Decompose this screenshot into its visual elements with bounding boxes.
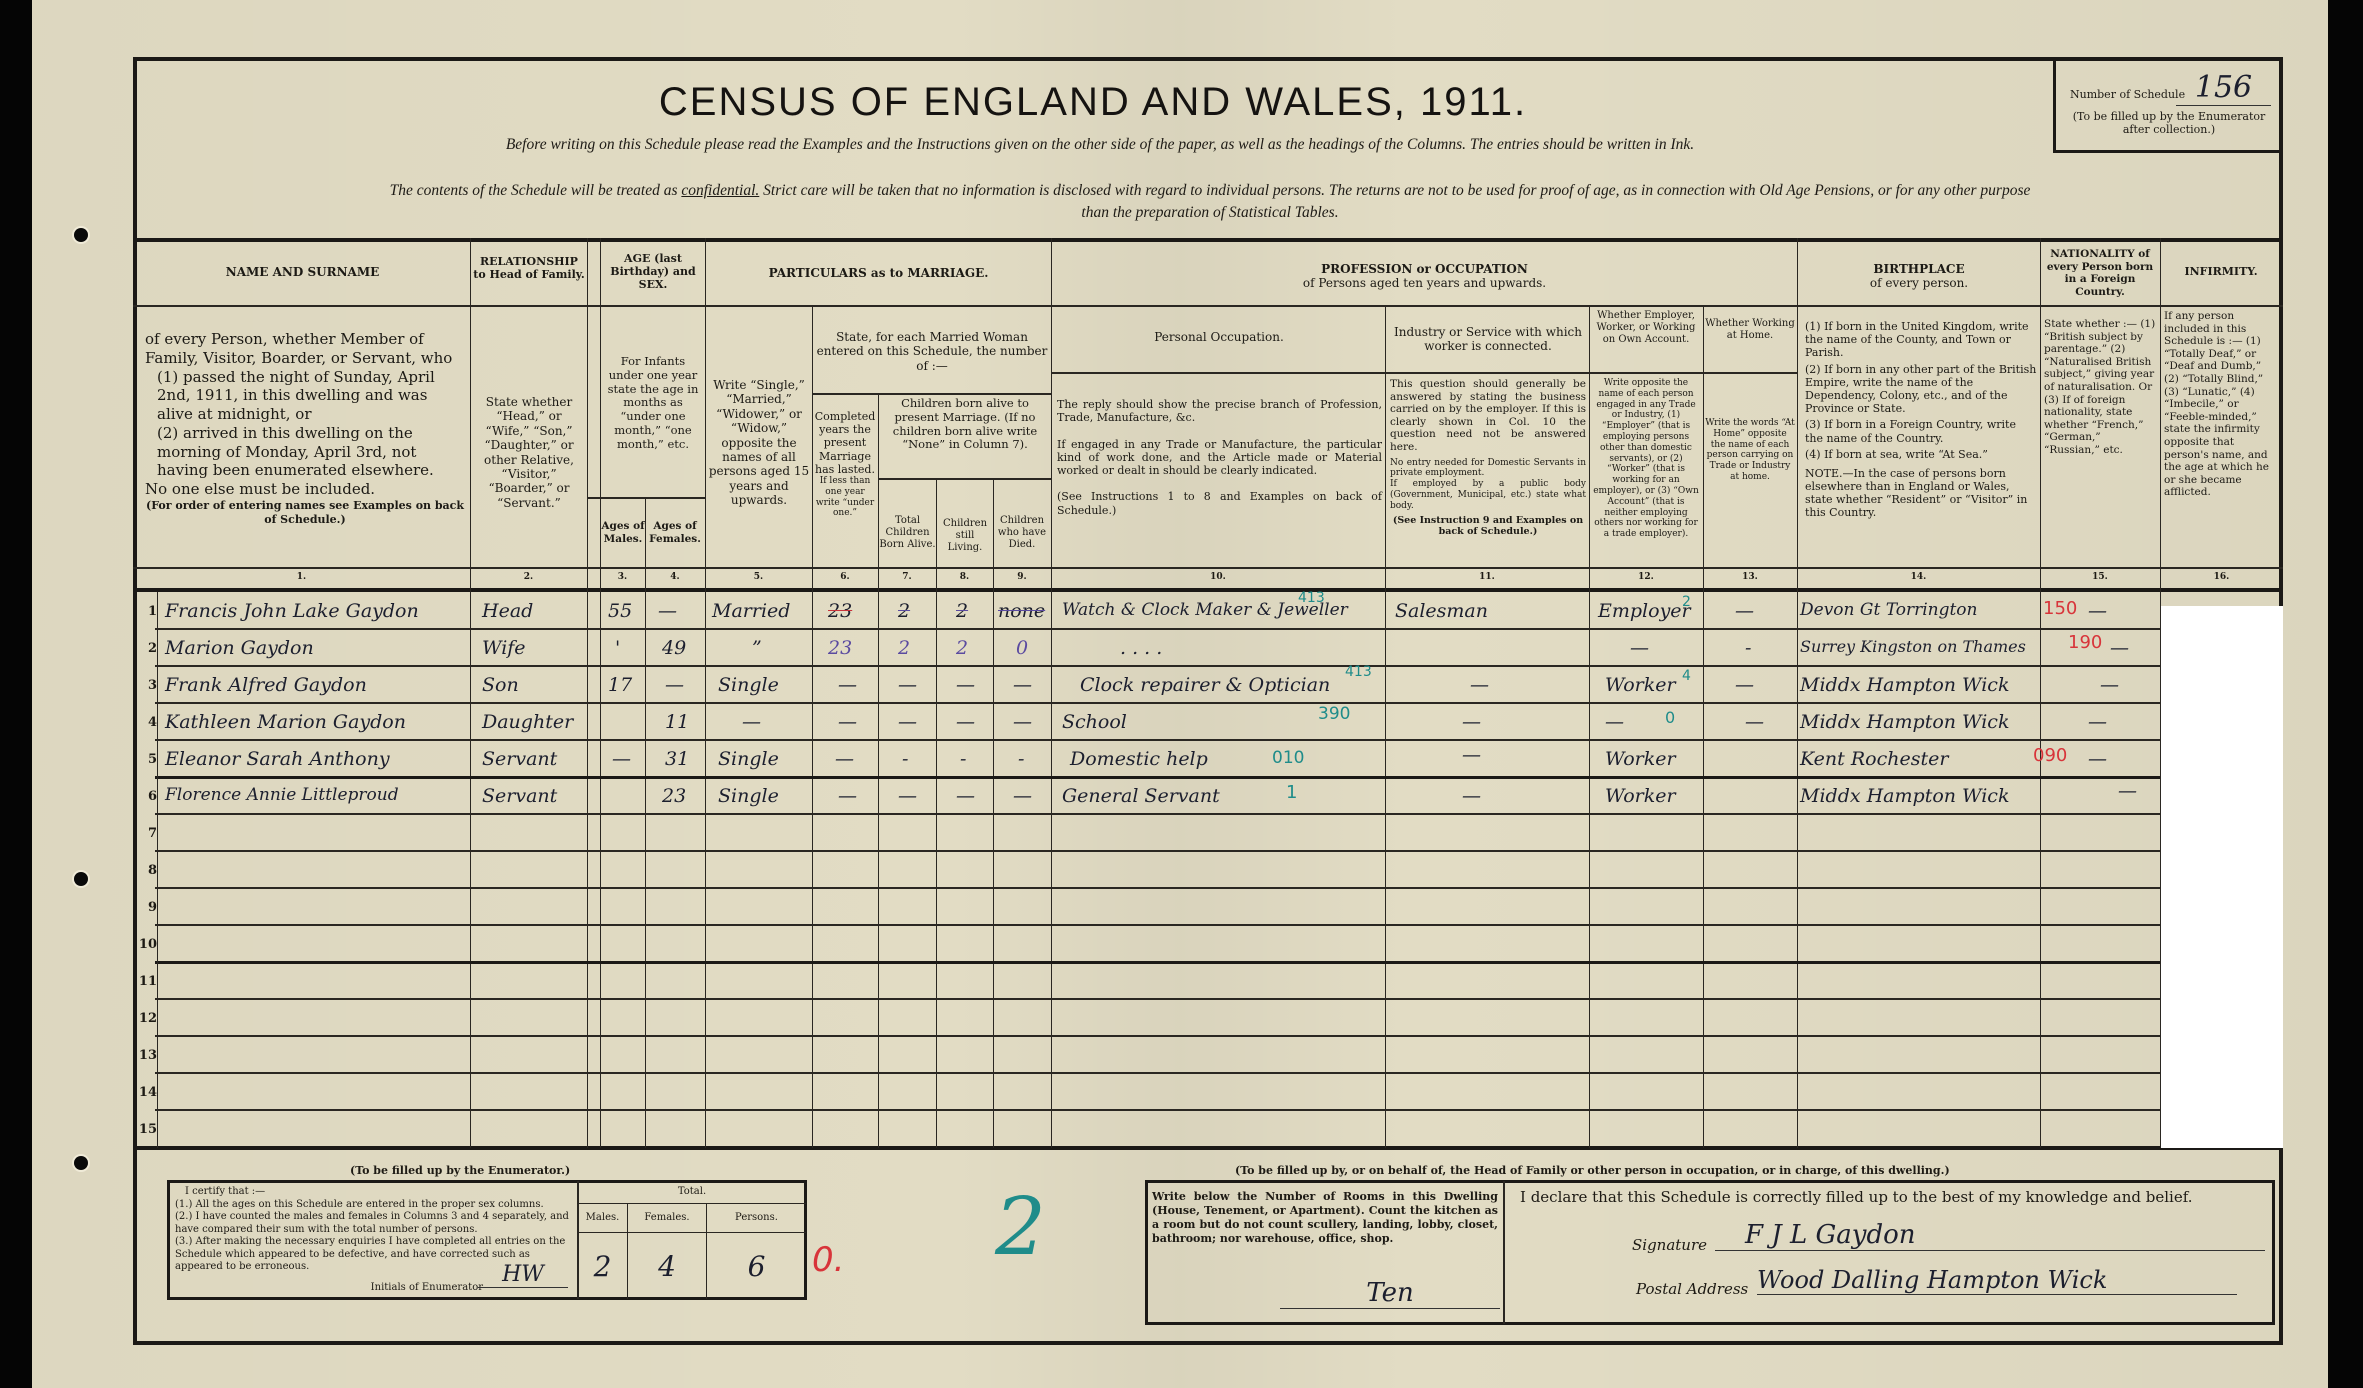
row-rule — [155, 739, 2160, 741]
header-relationship-body: State whether “Head,” or “Wife,” “Son,” … — [474, 395, 584, 510]
rooms-value[interactable]: Ten — [1280, 1278, 1500, 1309]
row-rule — [155, 702, 2160, 704]
header-nationality-body: State whether :— (1) “British subject by… — [2044, 318, 2156, 457]
females-total[interactable]: 4 — [628, 1250, 706, 1283]
header-industry-body: This question should generally be answer… — [1390, 378, 1586, 537]
confidential-prefix: The contents of the Schedule will be tre… — [390, 182, 678, 199]
cell-years[interactable]: — — [838, 711, 857, 733]
certify-item2: (2.) I have counted the males and female… — [175, 1211, 573, 1236]
cell-total[interactable]: — — [898, 711, 917, 733]
cell-total[interactable]: 2 — [898, 600, 910, 622]
row-number: 8 — [137, 863, 157, 878]
children-sub-rule — [878, 478, 1051, 480]
years-text: Completed years the present Marriage has… — [813, 410, 877, 476]
row-rule — [155, 850, 2160, 852]
instruction-line: Before writing on this Schedule please r… — [150, 136, 2050, 154]
confidential-rest: Strict care will be taken that no inform… — [763, 182, 2030, 199]
row-number: 12 — [137, 1011, 157, 1026]
years-note: If less than one year write “under one.” — [813, 476, 877, 519]
cell-relationship[interactable]: Servant — [482, 748, 557, 770]
cell-name[interactable]: Francis John Lake Gaydon — [165, 600, 419, 622]
cell-total[interactable]: — — [898, 674, 917, 696]
cell-total[interactable]: - — [902, 748, 908, 770]
cell-nationality[interactable]: — — [2088, 748, 2107, 770]
colnum-9: 9. — [993, 572, 1051, 582]
males-label: Males. — [578, 1212, 627, 1225]
colnum-7: 7. — [878, 572, 936, 582]
header-married-woman: State, for each Married Woman entered on… — [815, 330, 1049, 373]
industry-body2: No entry needed for Domestic Servants in… — [1390, 458, 1586, 480]
name-note: No one else must be included. — [145, 480, 465, 499]
header-name-title: NAME AND SURNAME — [140, 265, 465, 279]
cell-relationship[interactable]: Wife — [482, 637, 526, 659]
cell-employer-code: 4 — [1682, 668, 1691, 684]
row-number: 13 — [137, 1048, 157, 1063]
cell-home[interactable]: — — [1735, 674, 1754, 696]
header-age-title: AGE (last Birthday) and SEX. — [602, 252, 704, 292]
cell-home[interactable]: — — [1745, 711, 1764, 733]
householder-divider — [1503, 1181, 1505, 1324]
col-rule-1 — [470, 238, 471, 1148]
colnum-16: 16. — [2160, 572, 2283, 582]
punch-hole-3 — [74, 1156, 88, 1170]
cell-nationality[interactable]: — — [2110, 637, 2129, 659]
col-rule-2 — [587, 238, 588, 1148]
page-title: CENSUS OF ENGLAND AND WALES, 1911. — [133, 80, 2053, 125]
cell-employer[interactable]: — — [1605, 711, 1624, 733]
cell-employer-code: 2 — [1682, 594, 1691, 610]
enumerator-heading: (To be filled up by the Enumerator.) — [350, 1164, 570, 1177]
birthplace-item3: (3) If born in a Foreign Country, write … — [1805, 418, 2037, 444]
certify-item1: (1.) All the ages on this Schedule are e… — [175, 1199, 573, 1212]
cell-nationality[interactable]: — — [2088, 711, 2107, 733]
cell-occupation-code: 010 — [1272, 748, 1304, 768]
cell-nationality[interactable]: — — [2118, 780, 2137, 802]
cell-age-female[interactable]: 23 — [662, 785, 686, 807]
initials-label: Initials of Enumerator — [371, 1282, 483, 1293]
row-rule — [155, 924, 2160, 926]
cell-industry[interactable]: — — [1462, 785, 1481, 807]
personal-body1: The reply should show the precise branch… — [1057, 398, 1382, 424]
cell-died[interactable]: — — [1013, 785, 1032, 807]
row-rule — [155, 1035, 2160, 1037]
cell-occupation-code: 390 — [1318, 704, 1350, 724]
cell-birthplace[interactable]: Middx Hampton Wick — [1800, 674, 2009, 696]
confidential-notice: The contents of the Schedule will be tre… — [145, 180, 2275, 223]
cell-occupation[interactable]: Domestic help — [1070, 748, 1208, 770]
colnum-6: 6. — [812, 572, 878, 582]
col-rule-12 — [1703, 305, 1704, 1148]
cell-died[interactable]: none — [998, 600, 1045, 622]
row-number: 3 — [137, 678, 157, 693]
industry-body3: If employed by a public body (Government… — [1390, 479, 1586, 511]
cell-occupation-code: 1 — [1286, 782, 1297, 803]
total-rule — [578, 1203, 806, 1204]
cell-living[interactable]: — — [956, 785, 975, 807]
colnum-11: 11. — [1385, 572, 1589, 582]
occupation-sub-rule — [1051, 372, 1797, 374]
header-children-total: Total Children Born Alive. — [879, 515, 936, 551]
birthplace-item1: (1) If born in the United Kingdom, write… — [1805, 320, 2037, 360]
row-number: 9 — [137, 900, 157, 915]
colnum-rule — [133, 588, 2283, 592]
header-marriage-title: PARTICULARS as to MARRIAGE. — [706, 266, 1051, 280]
marriage-sub-rule — [812, 393, 1051, 395]
personal-body2: If engaged in any Trade or Manufacture, … — [1057, 438, 1382, 478]
cell-name[interactable]: Kathleen Marion Gaydon — [165, 711, 406, 733]
header-children-died: Children who have Died. — [994, 515, 1050, 551]
header-nationality: NATIONALITY of every Person born in a Fo… — [2042, 248, 2158, 298]
occupation-subtitle: of Persons aged ten years and upwards. — [1052, 276, 1797, 290]
col-rule-11 — [1589, 305, 1590, 1148]
colnum-2: 2. — [470, 572, 587, 582]
row-rule — [155, 998, 2160, 1000]
occupation-title: PROFESSION or OCCUPATION — [1052, 262, 1797, 276]
header-industry: Industry or Service with which worker is… — [1390, 325, 1586, 354]
row-rule — [155, 628, 2160, 630]
total-label-rule — [578, 1232, 806, 1233]
cell-birthplace-code: 190 — [2068, 632, 2102, 653]
cell-relationship[interactable]: Daughter — [482, 711, 573, 733]
schedule-note: (To be filled up by the Enumerator after… — [2064, 110, 2274, 136]
row-rule — [155, 961, 2160, 964]
cell-nationality[interactable]: — — [2100, 674, 2119, 696]
birthplace-item4: (4) If born at sea, write “At Sea.” — [1805, 448, 2037, 461]
name-order: (For order of entering names see Example… — [145, 499, 465, 527]
col-rule-10 — [1385, 305, 1386, 1148]
header-birthplace: BIRTHPLACE of every person. — [1799, 262, 2039, 291]
cell-nationality[interactable]: — — [2088, 600, 2107, 622]
cell-age-male[interactable]: ' — [615, 637, 620, 659]
confidential-line2: than the preparation of Statistical Tabl… — [1081, 204, 1338, 221]
cell-birthplace[interactable]: Devon Gt Torrington — [1800, 600, 1978, 620]
males-total[interactable]: 2 — [578, 1250, 627, 1283]
header-relationship-title: RELATIONSHIP to Head of Family. — [472, 255, 586, 281]
header-marriage-years: Completed years the present Marriage has… — [813, 410, 877, 519]
cell-employer[interactable]: — — [1630, 637, 1649, 659]
header-employer: Whether Employer, Worker, or Working on … — [1591, 310, 1701, 346]
colnum-8: 8. — [936, 572, 993, 582]
cell-died[interactable]: - — [1018, 748, 1024, 770]
cell-total[interactable]: — — [898, 785, 917, 807]
row-number: 11 — [137, 974, 157, 989]
row-number: 5 — [137, 752, 157, 767]
colnum-3: 3. — [600, 572, 645, 582]
persons-total[interactable]: 6 — [707, 1250, 806, 1283]
cell-died[interactable]: — — [1013, 711, 1032, 733]
signature-value[interactable]: F J L Gaydon — [1715, 1220, 2265, 1251]
schedule-number-box: Number of Schedule 156 (To be filled up … — [2053, 60, 2281, 153]
cell-condition[interactable]: Single — [718, 748, 779, 770]
cell-occupation-code: 413 — [1298, 590, 1325, 606]
header-home-body: Write the words “At Home” opposite the n… — [1705, 418, 1795, 483]
row-rule — [155, 1109, 2160, 1111]
row-rule — [155, 776, 2160, 779]
colnum-12: 12. — [1589, 572, 1703, 582]
birthplace-title: BIRTHPLACE — [1799, 262, 2039, 276]
cell-occupation[interactable]: . . . . — [1120, 637, 1162, 659]
schedule-label: Number of Schedule — [2070, 88, 2185, 101]
row-number: 1 — [137, 604, 157, 619]
cell-industry[interactable]: — — [1470, 674, 1489, 696]
header-age-males: Ages of Males. — [601, 520, 645, 545]
cell-died[interactable]: — — [1013, 674, 1032, 696]
name-item2: (2) arrived in this dwelling on the morn… — [145, 424, 465, 480]
cell-years[interactable]: — — [838, 674, 857, 696]
birthplace-note: NOTE.—In the case of persons born elsewh… — [1805, 467, 2037, 520]
row-rule — [155, 1072, 2160, 1074]
initials-value[interactable]: HW — [478, 1262, 568, 1288]
header-employer-body: Write opposite the name of each person e… — [1591, 378, 1701, 540]
name-body-text: of every Person, whether Member of Famil… — [145, 330, 465, 368]
teal-annotation: 2 — [995, 1180, 1046, 1273]
cell-age-male[interactable]: 17 — [608, 674, 632, 696]
cell-employer[interactable]: Worker — [1605, 748, 1676, 770]
cell-industry[interactable]: — — [1462, 711, 1481, 733]
row-number: 2 — [137, 641, 157, 656]
table-top-rule — [133, 238, 2283, 242]
birthplace-item2: (2) If born in any other part of the Bri… — [1805, 363, 2037, 416]
cell-condition[interactable]: Married — [712, 600, 790, 622]
form-border — [133, 57, 2283, 1345]
cell-industry[interactable]: Salesman — [1395, 600, 1488, 622]
header-name-body: of every Person, whether Member of Famil… — [145, 330, 465, 526]
cell-age-female[interactable]: 31 — [665, 748, 689, 770]
address-label: Postal Address — [1636, 1280, 1748, 1298]
rooms-instruction: Write below the Number of Rooms in this … — [1152, 1190, 1498, 1246]
col-rule-2b — [600, 238, 601, 1148]
redacted-infirmity-column — [2161, 606, 2283, 1148]
colnum-1: 1. — [133, 572, 470, 582]
cell-industry[interactable]: — — [1462, 744, 1481, 766]
header-age-body: For Infants under one year state the age… — [602, 355, 704, 452]
cell-age-male[interactable]: — — [612, 748, 631, 770]
cell-age-female[interactable]: 49 — [662, 637, 686, 659]
cell-living[interactable]: — — [956, 674, 975, 696]
row-rule — [155, 813, 2160, 815]
cell-condition[interactable]: ” — [752, 637, 762, 659]
header-personal-occupation: Personal Occupation. — [1055, 330, 1383, 344]
persons-label: Persons. — [707, 1212, 806, 1225]
age-sub-rule — [587, 497, 705, 499]
colnum-4: 4. — [645, 572, 705, 582]
certify-text: I certify that :— — [175, 1186, 573, 1199]
cell-years[interactable]: 23 — [828, 600, 852, 622]
row-number: 4 — [137, 715, 157, 730]
header-divider — [133, 305, 2283, 307]
cell-total[interactable]: 2 — [898, 637, 910, 659]
punch-hole-1 — [74, 228, 88, 242]
schedule-number-value[interactable]: 156 — [2176, 70, 2271, 106]
header-personal-body: The reply should show the precise branch… — [1057, 398, 1382, 517]
cell-birthplace[interactable]: Kent Rochester — [1800, 748, 1948, 770]
cell-living[interactable]: 2 — [956, 637, 968, 659]
row-rule — [155, 665, 2160, 667]
row-number: 15 — [137, 1122, 157, 1137]
cell-employer[interactable]: Employer — [1598, 600, 1691, 622]
header-birthplace-body: (1) If born in the United Kingdom, write… — [1805, 320, 2037, 520]
col-rule-3 — [645, 497, 646, 1148]
col-rule-9 — [1051, 238, 1052, 1148]
cell-birthplace[interactable]: Surrey Kingston on Thames — [1800, 637, 2026, 656]
name-item1: (1) passed the night of Sunday, April 2n… — [145, 368, 465, 424]
punch-hole-2 — [74, 872, 88, 886]
cell-years[interactable]: 23 — [828, 637, 852, 659]
cell-years[interactable]: — — [838, 785, 857, 807]
industry-body1: This question should generally be answer… — [1390, 378, 1586, 454]
cell-birthplace[interactable]: Middx Hampton Wick — [1800, 785, 2009, 807]
birthplace-subtitle: of every person. — [1799, 276, 2039, 290]
total-label: Total. — [578, 1186, 806, 1199]
cell-living[interactable]: - — [960, 748, 966, 770]
confidential-word: confidential. — [681, 182, 759, 199]
cell-relationship[interactable]: Son — [482, 674, 519, 696]
cell-birthplace-code: 090 — [2033, 745, 2067, 766]
cell-birthplace[interactable]: Middx Hampton Wick — [1800, 711, 2009, 733]
cell-occupation[interactable]: School — [1062, 711, 1127, 733]
row-number: 10 — [137, 937, 157, 952]
cell-age-female[interactable]: 11 — [665, 711, 689, 733]
colnum-14: 14. — [1797, 572, 2040, 582]
personal-body3: (See Instructions 1 to 8 and Examples on… — [1057, 490, 1382, 516]
cell-home[interactable]: — — [1735, 600, 1754, 622]
cell-condition[interactable]: — — [742, 711, 761, 733]
signature-label: Signature — [1632, 1236, 1707, 1254]
cell-living[interactable]: — — [956, 711, 975, 733]
red-annotation: 0. — [812, 1240, 844, 1280]
cell-occupation[interactable]: General Servant — [1062, 785, 1220, 807]
col-rule-14 — [2040, 238, 2041, 1148]
cell-occupation[interactable]: Clock repairer & Optician — [1080, 674, 1330, 696]
cell-name[interactable]: Marion Gaydon — [165, 637, 314, 659]
colnum-10: 10. — [1051, 572, 1385, 582]
cell-condition[interactable]: Single — [718, 674, 779, 696]
cell-employer-code: 0 — [1665, 708, 1675, 727]
header-body-rule — [133, 567, 2283, 569]
cell-age-male[interactable]: 55 — [608, 600, 632, 622]
cell-relationship[interactable]: Head — [482, 600, 533, 622]
cell-years[interactable]: — — [835, 748, 854, 770]
colnum-5: 5. — [705, 572, 812, 582]
row-number: 6 — [137, 789, 157, 804]
cell-name[interactable]: Florence Annie Littleproud — [165, 785, 399, 805]
header-children-living: Children still Living. — [937, 518, 993, 554]
cell-relationship[interactable]: Servant — [482, 785, 557, 807]
header-infirmity-body: If any person included in this Schedule … — [2164, 310, 2278, 499]
header-age-females: Ages of Females. — [646, 520, 704, 545]
header-infirmity: INFIRMITY. — [2162, 265, 2280, 278]
cell-age-female[interactable]: — — [658, 600, 677, 622]
header-home: Whether Working at Home. — [1705, 318, 1795, 342]
cell-name[interactable]: Eleanor Sarah Anthony — [165, 748, 390, 770]
cell-home[interactable]: - — [1745, 637, 1751, 659]
declaration-text: I declare that this Schedule is correctl… — [1520, 1188, 2193, 1206]
industry-body4: (See Instruction 9 and Examples on back … — [1390, 515, 1586, 538]
row-rule — [155, 887, 2160, 889]
cell-condition[interactable]: Single — [718, 785, 779, 807]
householder-heading: (To be filled up by, or on behalf of, th… — [1235, 1164, 1950, 1177]
header-occupation-title: PROFESSION or OCCUPATION of Persons aged… — [1052, 262, 1797, 291]
row-number: 7 — [137, 826, 157, 841]
cell-occupation-code: 413 — [1345, 664, 1372, 680]
cell-living[interactable]: 2 — [956, 600, 968, 622]
table-bottom-rule — [133, 1146, 2283, 1150]
cell-age-female[interactable]: — — [665, 674, 684, 696]
row-number: 14 — [137, 1085, 157, 1100]
header-children-group: Children born alive to present Marriage.… — [880, 397, 1050, 452]
address-value[interactable]: Wood Dalling Hampton Wick — [1757, 1266, 2237, 1295]
cell-employer[interactable]: Worker — [1605, 674, 1676, 696]
females-label: Females. — [628, 1212, 706, 1225]
header-marriage-condition: Write “Single,” “Married,” “Widower,” or… — [708, 378, 810, 508]
cell-died[interactable]: 0 — [1016, 637, 1028, 659]
cell-employer[interactable]: Worker — [1605, 785, 1676, 807]
cell-birthplace-code: 150 — [2043, 598, 2077, 619]
colnum-13: 13. — [1703, 572, 1797, 582]
col-rule-13 — [1797, 238, 1798, 1148]
col-rule-4 — [705, 238, 706, 1148]
rownum-rule — [157, 592, 158, 1148]
cell-name[interactable]: Frank Alfred Gaydon — [165, 674, 367, 696]
colnum-15: 15. — [2040, 572, 2160, 582]
